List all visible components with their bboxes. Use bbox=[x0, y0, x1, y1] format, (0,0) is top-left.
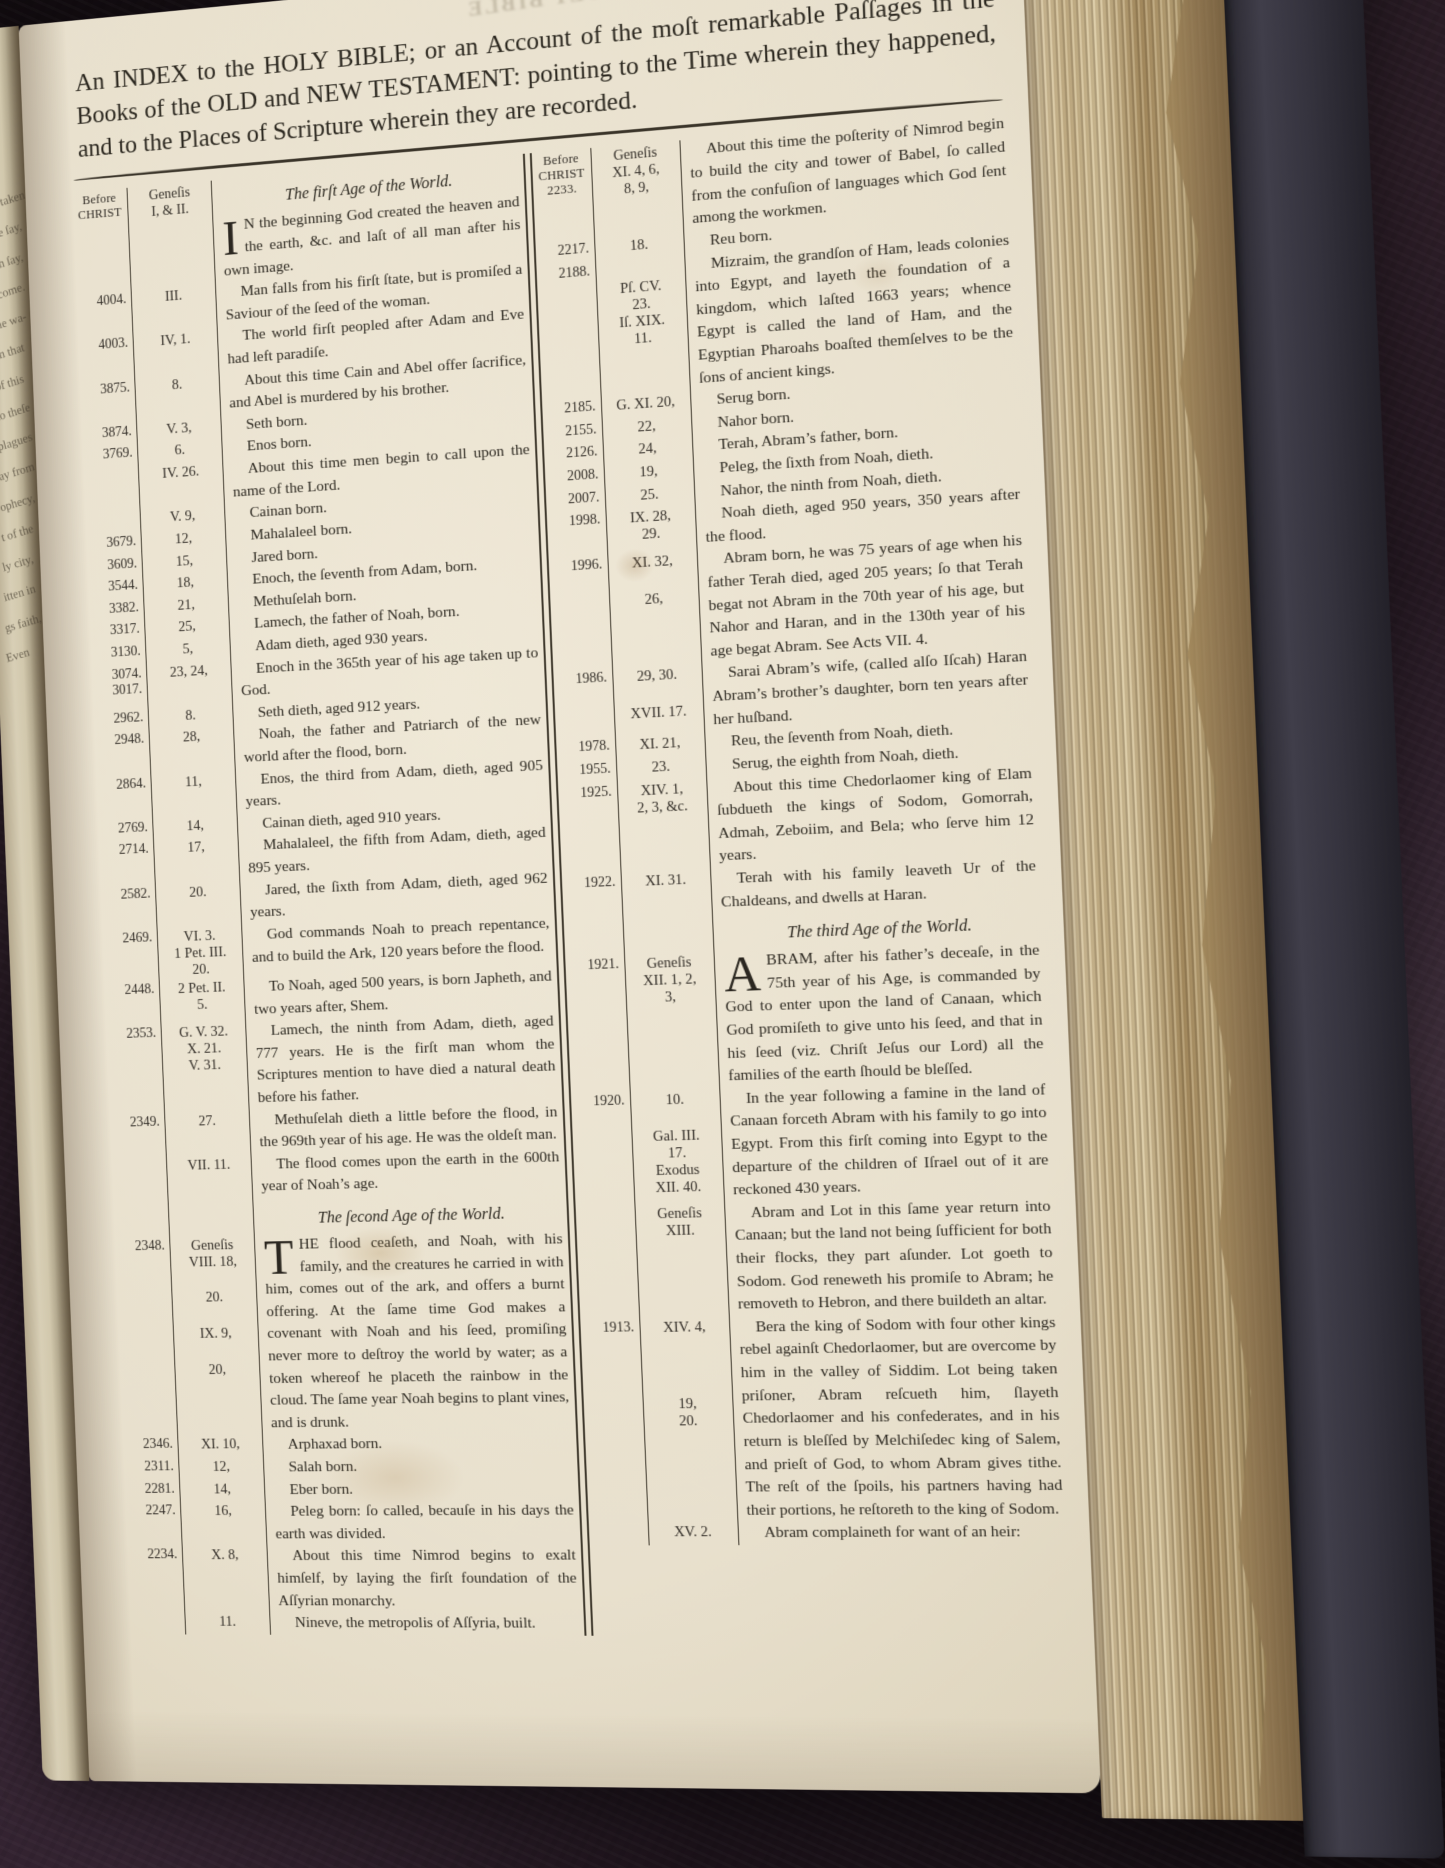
entry-text: Peleg born: ſo called, becauſe in his da… bbox=[274, 1500, 575, 1546]
index-entry: 2281.14,Eber born. bbox=[126, 1477, 575, 1502]
year-before-christ-cell: 2864. bbox=[98, 774, 153, 821]
scripture-ref-cell: 2 Pet. II.5. bbox=[160, 977, 246, 1024]
scripture-ref-cell: III. bbox=[132, 283, 218, 334]
scripture-ref-cell: 23, 24, bbox=[147, 659, 233, 708]
entry-text-cell: Abram complaineth for want of an heir: bbox=[738, 1521, 1067, 1545]
entry-text-cell: Bera the king of Sodom with four other k… bbox=[729, 1311, 1066, 1522]
scripture-ref-cell: 11. bbox=[185, 1612, 271, 1634]
index-entry: 2311.12,Salah born. bbox=[125, 1454, 574, 1479]
entry-text-cell: Lamech, the ninth from Adam, dieth, aged… bbox=[246, 1011, 559, 1110]
scripture-ref-cell: 8. bbox=[135, 372, 221, 422]
index-entry: 1913.XIV. 4,19,20.Bera the king of Sodom… bbox=[583, 1311, 1066, 1522]
entry-text-cell: THE flood ceaſeth, and Noah, with his fa… bbox=[255, 1228, 573, 1434]
year-before-christ-cell: 2448. bbox=[106, 980, 161, 1026]
index-entry: GeneſisXIII.Abram and Lot in this ſame y… bbox=[578, 1195, 1057, 1319]
year-before-christ-cell: 1978. bbox=[559, 737, 617, 762]
year-before-christ-cell bbox=[85, 466, 140, 514]
year-before-christ-cell: 3130. bbox=[92, 642, 147, 667]
scripture-ref-cell: GeneſisXI. 4, 6,8, 9, bbox=[591, 141, 684, 239]
entry-text: ABRAM, after his father’s deceaſe, in th… bbox=[723, 939, 1045, 1088]
index-entry: 1921.GeneſisXII. 1, 2,3,ABRAM, after his… bbox=[568, 939, 1047, 1092]
scripture-ref-cell: GeneſisXII. 1, 2,3, bbox=[625, 952, 720, 1091]
year-before-christ-cell: 2714. bbox=[100, 840, 155, 886]
entry-text-cell: About this time Nimrod begins to exalt h… bbox=[267, 1545, 580, 1613]
scripture-ref-cell: GeneſisXIII. bbox=[635, 1202, 729, 1318]
year-before-christ-cell: 2962. bbox=[95, 708, 150, 733]
entry-text: Abram complaineth for want of an heir: bbox=[747, 1521, 1065, 1545]
entry-text: Eber born. bbox=[273, 1477, 573, 1501]
scripture-ref-cell: Pſ. CV.23.Iſ. XIX.11. bbox=[596, 254, 691, 397]
scripture-ref-cell: XIV. 1,2, 3, &c. bbox=[617, 778, 710, 873]
index-entry: 1920.10.Gal. III.17.ExodusXII. 40.In the… bbox=[573, 1079, 1052, 1206]
scripture-ref-cell: 17, bbox=[154, 836, 240, 884]
scripture-ref-cell: VII. 11. bbox=[167, 1154, 253, 1200]
scripture-ref-cell bbox=[169, 1199, 255, 1237]
entry-text: THE flood ceaſeth, and Noah, with his fa… bbox=[263, 1228, 570, 1434]
age-heading: The ſecond Age of the World. bbox=[262, 1200, 562, 1230]
scripture-ref-cell: 16, bbox=[181, 1501, 268, 1546]
year-before-christ-cell: 2346. bbox=[124, 1435, 179, 1458]
year-before-christ-cell: 1920. bbox=[573, 1091, 635, 1206]
year-before-christ-cell: 1986. bbox=[556, 669, 616, 740]
scripture-ref-cell: 29, 30.XVII. 17. bbox=[613, 664, 705, 737]
year-before-christ-cell: 2247. bbox=[127, 1502, 183, 1546]
scripture-ref-cell: XI. 10, bbox=[178, 1435, 264, 1458]
year-before-christ-cell: 2769. bbox=[99, 818, 154, 842]
scripture-ref-cell bbox=[623, 914, 714, 955]
year-before-christ-cell: 3875. bbox=[82, 378, 137, 426]
entry-text-cell: In the year following a famine in the la… bbox=[720, 1079, 1052, 1203]
scripture-ref-cell: 28, bbox=[149, 726, 235, 774]
scripture-ref-cell: IX. 28,29. bbox=[606, 504, 697, 555]
year-before-christ-cell: 3382. bbox=[91, 598, 145, 623]
entry-text: In the year following a famine in the la… bbox=[729, 1079, 1050, 1202]
entry-text: Abram and Lot in this ſame year return i… bbox=[734, 1195, 1055, 1316]
year-before-christ-cell: 1998. bbox=[549, 510, 608, 559]
entry-text-cell: Methuſelah dieth a little before the flo… bbox=[250, 1101, 561, 1154]
scripture-ref-cell: XI. 32,26, bbox=[608, 550, 702, 669]
index-columns: BeforeCHRISTGeneſisI, & II.The firſt Age… bbox=[74, 113, 1071, 1637]
entry-text-cell: Salah born. bbox=[264, 1454, 575, 1479]
year-before-christ-cell: 2469. bbox=[104, 928, 160, 982]
year-before-christ-cell: 2311. bbox=[125, 1457, 180, 1479]
entry-text: Salah born. bbox=[272, 1454, 572, 1479]
scripture-ref-cell: 12, bbox=[179, 1457, 265, 1480]
index-entry: 2247.16,Peleg born: ſo called, becauſe i… bbox=[127, 1500, 577, 1546]
year-before-christ-cell: 2281. bbox=[126, 1480, 181, 1502]
entry-text: Abram born, he was 75 years of age when … bbox=[706, 530, 1026, 663]
index-column-right: BeforeCHRIST2233.GeneſisXI. 4, 6,8, 9,Ab… bbox=[534, 113, 1067, 1546]
year-before-christ-cell: BeforeCHRIST2233. bbox=[534, 148, 594, 243]
year-before-christ-cell: BeforeCHRIST bbox=[74, 188, 132, 294]
year-before-christ-cell bbox=[578, 1204, 640, 1318]
index-page: INDEX to the HOLY BIBLE An INDEX to the … bbox=[19, 0, 1101, 1793]
index-column-left: BeforeCHRISTGeneſisI, & II.The firſt Age… bbox=[74, 155, 581, 1636]
year-before-christ-cell: 4003. bbox=[80, 334, 135, 382]
scripture-ref-cell: X. 8, bbox=[183, 1546, 271, 1613]
entry-text-cell: Nineve, the metropolis of Aſſyria, built… bbox=[270, 1612, 581, 1635]
scripture-ref-cell: 10.Gal. III.17.ExodusXII. 40. bbox=[630, 1088, 724, 1204]
year-before-christ-cell: 2353. bbox=[108, 1024, 165, 1114]
entry-text-cell: ABRAM, after his father’s deceaſe, in th… bbox=[714, 939, 1047, 1088]
index-entry: 2234.X. 8,About this time Nimrod begins … bbox=[129, 1545, 580, 1613]
year-before-christ-cell: 1955. bbox=[560, 759, 618, 784]
year-before-christ-cell: 2348. bbox=[116, 1237, 178, 1436]
scripture-ref-cell: 27. bbox=[165, 1110, 251, 1157]
entry-text: Lamech, the ninth from Adam, dieth, aged… bbox=[255, 1011, 557, 1110]
scripture-ref-cell: 20. bbox=[156, 881, 242, 929]
entry-text: Nineve, the metropolis of Aſſyria, built… bbox=[279, 1612, 579, 1635]
entry-text-cell: Peleg born: ſo called, becauſe in his da… bbox=[266, 1500, 578, 1546]
drop-cap: A bbox=[723, 950, 768, 995]
entry-text: Mizraim, the grandſon of Ham, leads colo… bbox=[694, 229, 1015, 390]
scripture-ref-cell: 11, bbox=[151, 770, 237, 818]
year-before-christ-cell bbox=[113, 1156, 169, 1201]
scripture-ref-cell: 14, bbox=[180, 1479, 266, 1502]
year-before-christ-cell bbox=[115, 1201, 170, 1238]
entry-text: Bera the king of Sodom with four other k… bbox=[738, 1311, 1063, 1522]
scripture-ref-cell: XIV. 4,19,20. bbox=[640, 1317, 738, 1523]
year-before-christ-cell: 1913. bbox=[583, 1318, 648, 1523]
scripture-ref-cell: G. V. 32.X. 21.V. 31. bbox=[161, 1021, 249, 1112]
scripture-ref-cell: XI. 31. bbox=[621, 869, 712, 918]
year-before-christ-cell bbox=[566, 918, 624, 957]
year-before-christ-cell: 2349. bbox=[111, 1112, 167, 1158]
year-before-christ-cell bbox=[591, 1523, 649, 1546]
year-before-christ-cell: 1921. bbox=[568, 955, 630, 1093]
year-before-christ-cell: 1925. bbox=[561, 782, 622, 875]
year-before-christ-cell: 2234. bbox=[129, 1546, 186, 1612]
scripture-ref-cell: IV. 26. bbox=[139, 460, 225, 510]
scripture-ref-cell: GeneſisVIII. 18,20.IX. 9,20, bbox=[170, 1235, 263, 1436]
scripture-ref-cell: XV. 2. bbox=[648, 1522, 739, 1545]
scripture-ref-cell: VI. 3.1 Pet. III.20. bbox=[158, 925, 245, 980]
entry-text: About this time Nimrod begins to exalt h… bbox=[276, 1545, 578, 1613]
index-entry: 11.Nineve, the metropolis of Aſſyria, bu… bbox=[131, 1612, 581, 1635]
year-before-christ-cell: 3317. bbox=[91, 620, 145, 645]
entry-text-cell: The flood comes upon the earth in the 60… bbox=[251, 1146, 562, 1198]
entry-text: About this time Chedorlaomer king of Ela… bbox=[716, 762, 1036, 868]
entry-text-cell: About this time Chedorlaomer king of Ela… bbox=[707, 762, 1038, 869]
index-entry: 2348.GeneſisVIII. 18,20.IX. 9,20,THE flo… bbox=[116, 1228, 572, 1436]
index-entry: 2353.G. V. 32.X. 21.V. 31.Lamech, the ni… bbox=[108, 1011, 559, 1114]
entry-text: The flood comes upon the earth in the 60… bbox=[260, 1146, 561, 1198]
entry-text-cell: Mizraim, the grandſon of Ham, leads colo… bbox=[685, 229, 1017, 391]
scripture-ref-cell: IV, 1. bbox=[133, 328, 219, 378]
entry-text-cell: Arphaxad born. bbox=[263, 1432, 574, 1457]
entry-text: Methuſelah dieth a little before the flo… bbox=[258, 1101, 558, 1154]
index-entry: XV. 2.Abram complaineth for want of an h… bbox=[591, 1521, 1067, 1545]
entry-text-cell: Abram born, he was 75 years of age when … bbox=[697, 530, 1028, 664]
entry-text-cell: Eber born. bbox=[265, 1477, 576, 1501]
year-before-christ-cell: 2948. bbox=[96, 730, 151, 777]
year-before-christ-cell: 3074.3017. bbox=[93, 664, 148, 711]
entry-text-cell: Abram and Lot in this ſame year return i… bbox=[725, 1195, 1058, 1317]
photo-of-open-book: { "page": { "header": "An INDEX to the H… bbox=[0, 0, 1445, 1868]
book: or taken away,ide ſay,eth ſay,t come.the… bbox=[0, 0, 1440, 1797]
year-before-christ-cell: 4004. bbox=[78, 290, 133, 338]
drop-cap: I bbox=[222, 215, 245, 259]
year-before-christ-cell: 1996. bbox=[551, 555, 612, 671]
year-before-christ-cell bbox=[131, 1612, 186, 1634]
year-before-christ-cell: 2582. bbox=[102, 884, 157, 930]
scripture-ref-cell: GeneſisI, & II. bbox=[127, 181, 215, 290]
entry-text: Arphaxad born. bbox=[272, 1432, 572, 1457]
year-before-christ-cell: 1922. bbox=[564, 873, 623, 921]
drop-cap: T bbox=[263, 1234, 300, 1277]
year-before-christ-cell: 2188. bbox=[539, 261, 601, 401]
